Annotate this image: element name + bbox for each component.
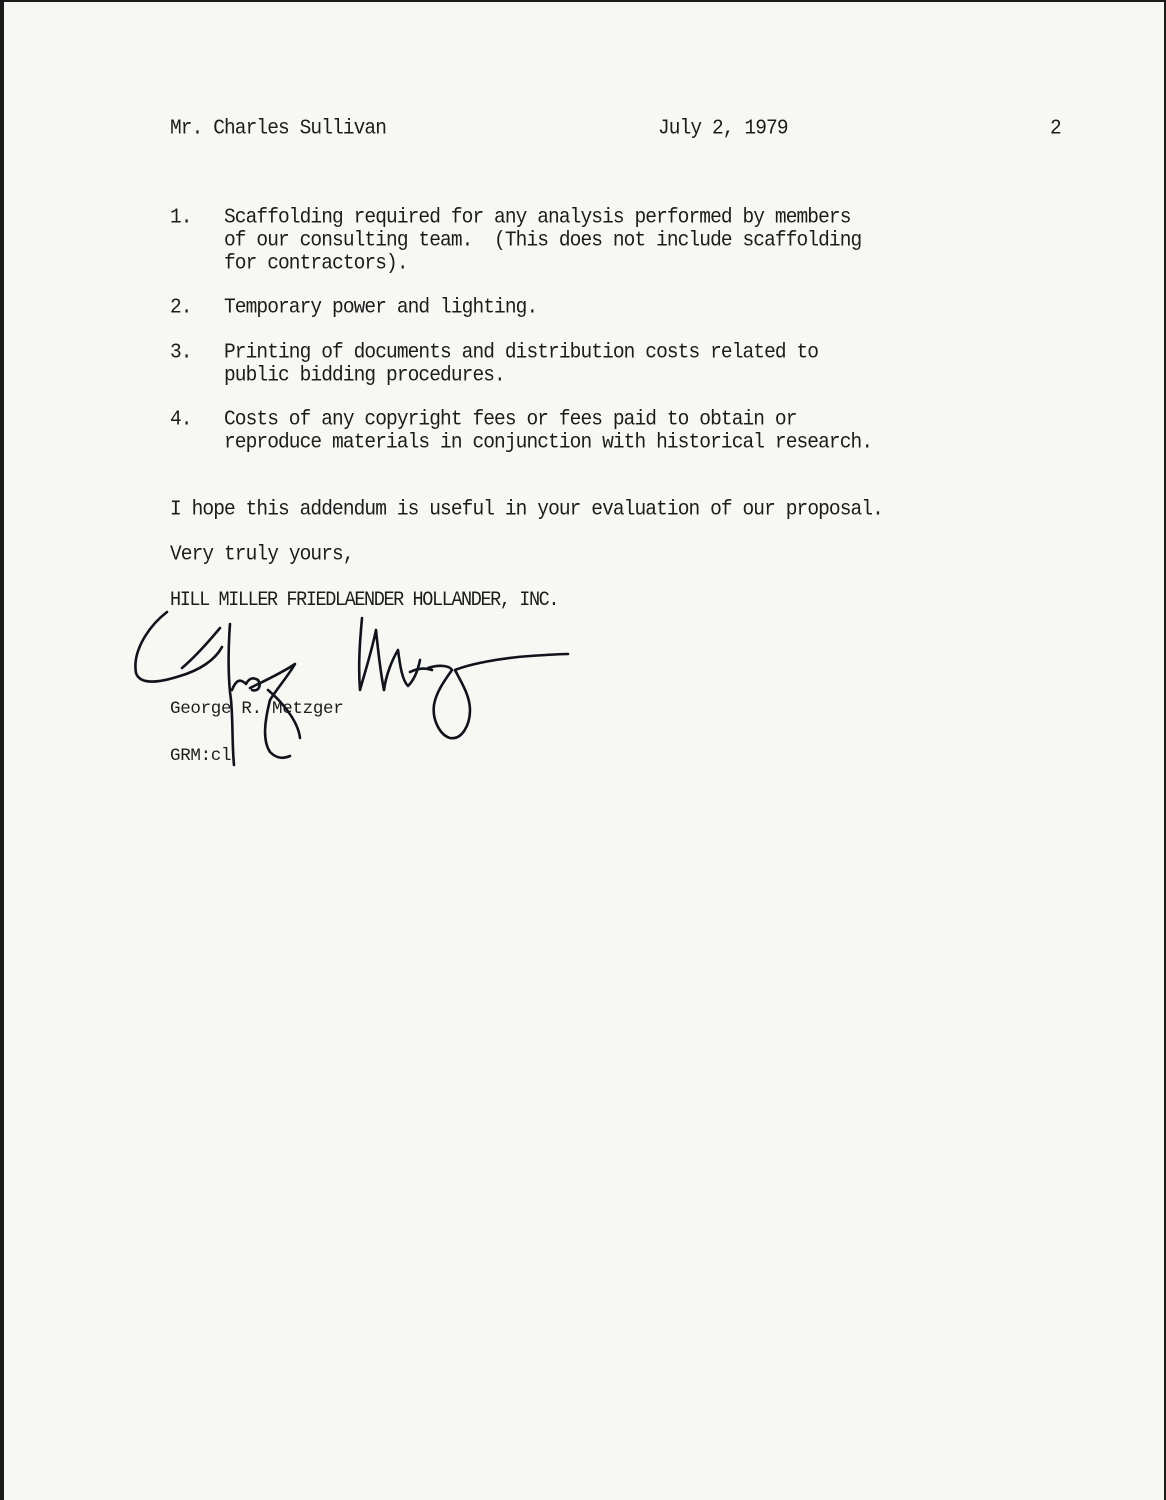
- list-item-number: 4.: [170, 407, 192, 431]
- list-item-number: 2.: [170, 295, 192, 319]
- complimentary-close: Very truly yours,: [170, 542, 354, 566]
- firm-name: HILL MILLER FRIEDLAENDER HOLLANDER, INC.: [170, 589, 558, 613]
- page-number: 2: [1050, 116, 1061, 140]
- list-item-line: Costs of any copyright fees or fees paid…: [224, 407, 797, 431]
- list-item-line: Temporary power and lighting.: [224, 295, 537, 319]
- list-item-number: 1.: [170, 205, 192, 229]
- letter-date: July 2, 1979: [658, 116, 788, 140]
- list-item-number: 3.: [170, 340, 192, 364]
- list-item-line: public bidding procedures.: [224, 363, 505, 387]
- closing-paragraph: I hope this addendum is useful in your e…: [170, 497, 883, 521]
- list-item-line: Printing of documents and distribution c…: [224, 340, 818, 364]
- recipient-name: Mr. Charles Sullivan: [170, 116, 386, 140]
- signer-name: George R. Metzger: [170, 698, 343, 720]
- list-item-line: of our consulting team. (This does not i…: [224, 228, 861, 252]
- list-item-line: Scaffolding required for any analysis pe…: [224, 205, 851, 229]
- list-item-line: reproduce materials in conjunction with …: [224, 430, 872, 454]
- letter-page: Mr. Charles Sullivan July 2, 1979 2 1. S…: [4, 2, 1164, 1500]
- list-item-line: for contractors).: [224, 251, 408, 275]
- typist-initials: GRM:cl: [170, 745, 231, 767]
